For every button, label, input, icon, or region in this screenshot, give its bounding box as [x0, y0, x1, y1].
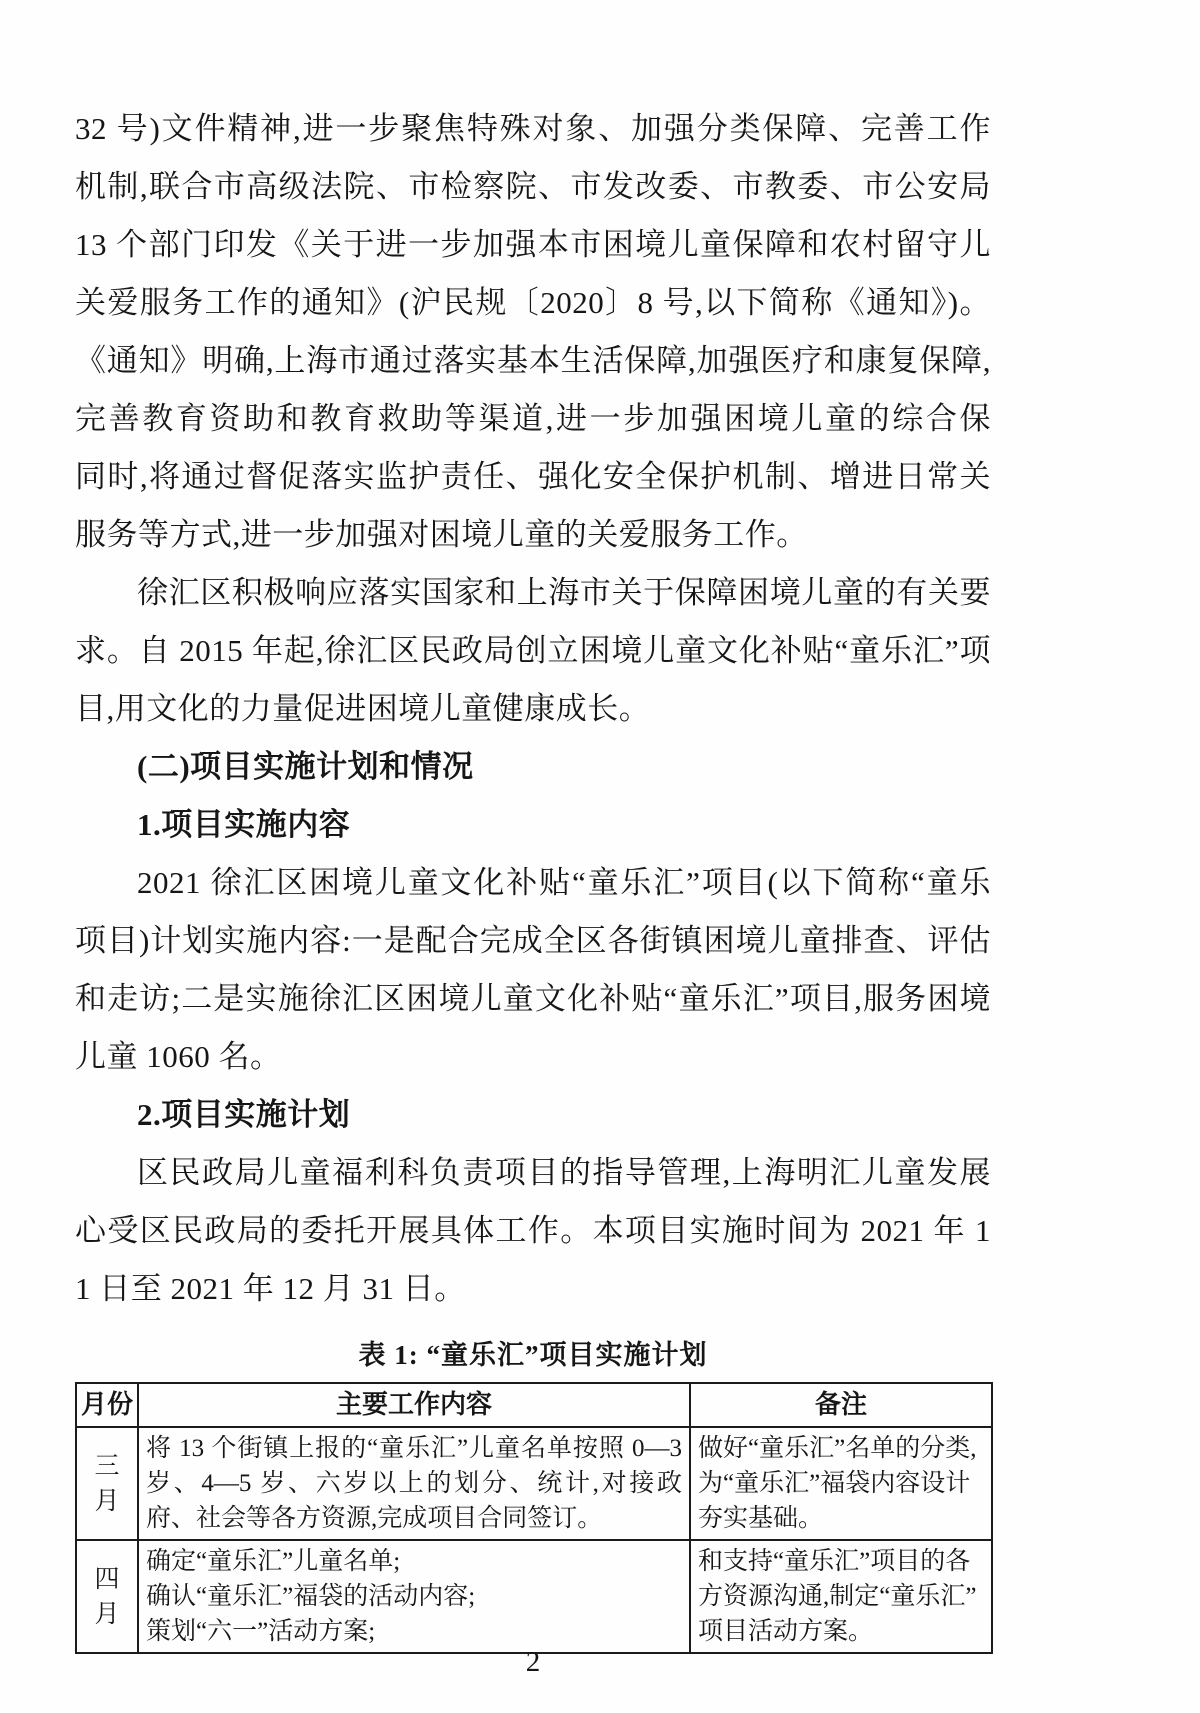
- column-header-remark: 备注: [690, 1383, 992, 1427]
- body-line: 2021 徐汇区困境儿童文化补贴“童乐汇”项目(以下简称“童乐汇”: [75, 854, 991, 912]
- page-number: 2: [75, 1642, 991, 1682]
- body-line: 心受区民政局的委托开展具体工作。本项目实施时间为 2021 年 1 月: [75, 1202, 991, 1260]
- work-item: 确认“童乐汇”福袋的活动内容;: [146, 1579, 682, 1614]
- body-line: 徐汇区积极响应落实国家和上海市关于保障困境儿童的有关要: [75, 564, 991, 622]
- body-line: 区民政局儿童福利科负责项目的指导管理,上海明汇儿童发展中: [75, 1144, 991, 1202]
- column-header-work: 主要工作内容: [138, 1383, 690, 1427]
- month-cell: 三月: [76, 1427, 138, 1540]
- body-line: 儿童 1060 名。: [75, 1028, 991, 1086]
- implementation-plan-table: 月份 主要工作内容 备注 三月 将 13 个街镇上报的“童乐汇”儿童名单按照 0…: [75, 1382, 993, 1654]
- remark-cell: 做好“童乐汇”名单的分类,为“童乐汇”福袋内容设计夯实基础。: [690, 1427, 992, 1540]
- section-heading: (二)项目实施计划和情况: [75, 738, 991, 796]
- body-line: 同时,将通过督促落实监护责任、强化安全保护机制、增进日常关爱: [75, 448, 991, 506]
- body-line: 完善教育资助和教育救助等渠道,进一步加强困境儿童的综合保障。: [75, 390, 991, 448]
- body-line: 关爱服务工作的通知》(沪民规〔2020〕8 号,以下简称《通知》)。: [75, 274, 991, 332]
- work-content-cell: 将 13 个街镇上报的“童乐汇”儿童名单按照 0—3 岁、4—5 岁、六岁以上的…: [138, 1427, 690, 1540]
- body-line: 项目)计划实施内容:一是配合完成全区各街镇困境儿童排查、评估: [75, 912, 991, 970]
- table-row: 四月 确定“童乐汇”儿童名单; 确认“童乐汇”福袋的活动内容; 策划“六一”活动…: [76, 1540, 992, 1653]
- column-header-month: 月份: [76, 1383, 138, 1427]
- table-title: 表 1: “童乐汇”项目实施计划: [75, 1334, 991, 1376]
- body-line: 《通知》明确,上海市通过落实基本生活保障,加强医疗和康复保障,: [75, 332, 991, 390]
- month-cell: 四月: [76, 1540, 138, 1653]
- body-line: 目,用文化的力量促进困境儿童健康成长。: [75, 680, 991, 738]
- body-line: 13 个部门印发《关于进一步加强本市困境儿童保障和农村留守儿童: [75, 216, 991, 274]
- table-header-row: 月份 主要工作内容 备注: [76, 1383, 992, 1427]
- body-line: 机制,联合市高级法院、市检察院、市发改委、市教委、市公安局等: [75, 158, 991, 216]
- work-item: 确定“童乐汇”儿童名单;: [146, 1544, 682, 1579]
- work-content-cell: 确定“童乐汇”儿童名单; 确认“童乐汇”福袋的活动内容; 策划“六一”活动方案;: [138, 1540, 690, 1653]
- body-line: 和走访;二是实施徐汇区困境儿童文化补贴“童乐汇”项目,服务困境: [75, 970, 991, 1028]
- subsection-heading-1: 1.项目实施内容: [75, 796, 991, 854]
- remark-cell: 和支持“童乐汇”项目的各方资源沟通,制定“童乐汇”项目活动方案。: [690, 1540, 992, 1653]
- document-page: 32 号)文件精神,进一步聚焦特殊对象、加强分类保障、完善工作 机制,联合市高级…: [0, 0, 1200, 1713]
- body-line: 求。自 2015 年起,徐汇区民政局创立困境儿童文化补贴“童乐汇”项: [75, 622, 991, 680]
- body-line: 服务等方式,进一步加强对困境儿童的关爱服务工作。: [75, 506, 991, 564]
- body-line: 32 号)文件精神,进一步聚焦特殊对象、加强分类保障、完善工作: [75, 100, 991, 158]
- document-body: 32 号)文件精神,进一步聚焦特殊对象、加强分类保障、完善工作 机制,联合市高级…: [75, 100, 991, 1654]
- subsection-heading-2: 2.项目实施计划: [75, 1086, 991, 1144]
- table-row: 三月 将 13 个街镇上报的“童乐汇”儿童名单按照 0—3 岁、4—5 岁、六岁…: [76, 1427, 992, 1540]
- body-line: 1 日至 2021 年 12 月 31 日。: [75, 1260, 991, 1318]
